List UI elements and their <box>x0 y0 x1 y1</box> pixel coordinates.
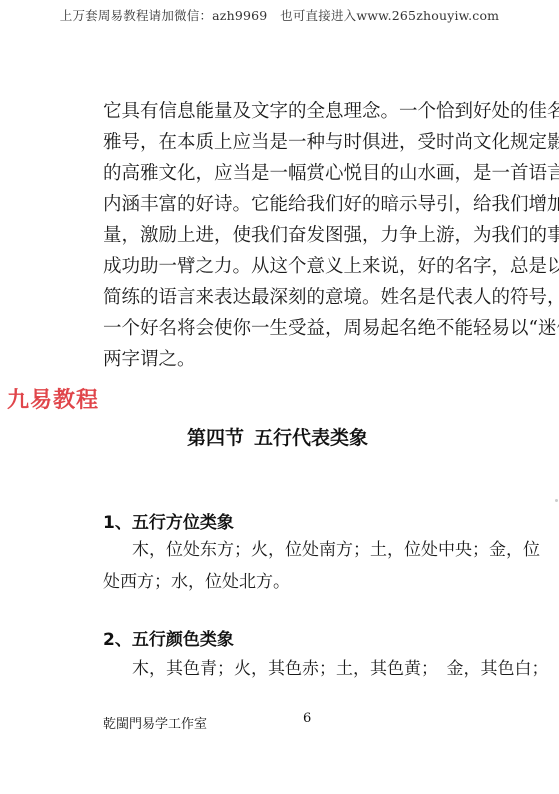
intro-paragraph: 它具有信息能量及文字的全息理念。一个恰到好处的佳名、 雅号，在本质上应当是一种与… <box>103 96 523 375</box>
paragraph-line: 一个好名将会使你一生受益，周易起名绝不能轻易以“迷信” <box>103 313 523 344</box>
page-number: 6 <box>303 711 311 726</box>
footer-publisher: 乾閩門易学工作室 <box>103 713 207 732</box>
subsection-line: 木，其色青；火，其色赤；土，其色黄； 金，其色白； <box>132 654 549 679</box>
subsection-line: 处西方；水，位处北方。 <box>103 567 290 592</box>
top-watermark-banner: 上万套周易教程请加微信：azh9969 也可直接进入www.265zhouyiw… <box>0 6 559 24</box>
paragraph-line: 内涵丰富的好诗。它能给我们好的暗示导引，给我们增加能 <box>103 189 523 220</box>
side-brand-watermark: 九易教程 <box>7 383 99 414</box>
subsection-line: 木，位处东方；火，位处南方；土，位处中央；金，位 <box>132 535 540 560</box>
paragraph-line: 两字谓之。 <box>103 344 523 375</box>
section-title: 第四节五行代表类象 <box>187 423 368 450</box>
paragraph-line: 成功助一臂之力。从这个意义上来说，好的名字，总是以最 <box>103 251 523 282</box>
paragraph-line: 量，激励上进，使我们奋发图强，力争上游，为我们的事业 <box>103 220 523 251</box>
section-heading: 五行代表类象 <box>254 427 368 449</box>
paragraph-line: 的高雅文化，应当是一幅赏心悦目的山水画，是一首语言练， <box>103 158 523 189</box>
scan-speck <box>555 499 558 502</box>
subsection-heading: 2、五行颜色类象 <box>103 625 234 650</box>
paragraph-line: 它具有信息能量及文字的全息理念。一个恰到好处的佳名、 <box>103 96 523 127</box>
section-number: 第四节 <box>187 427 244 449</box>
subsection-heading: 1、五行方位类象 <box>103 508 234 533</box>
paragraph-line: 简练的语言来表达最深刻的意境。姓名是代表人的符号，取 <box>103 282 523 313</box>
paragraph-line: 雅号，在本质上应当是一种与时俱进，受时尚文化规定影响 <box>103 127 523 158</box>
